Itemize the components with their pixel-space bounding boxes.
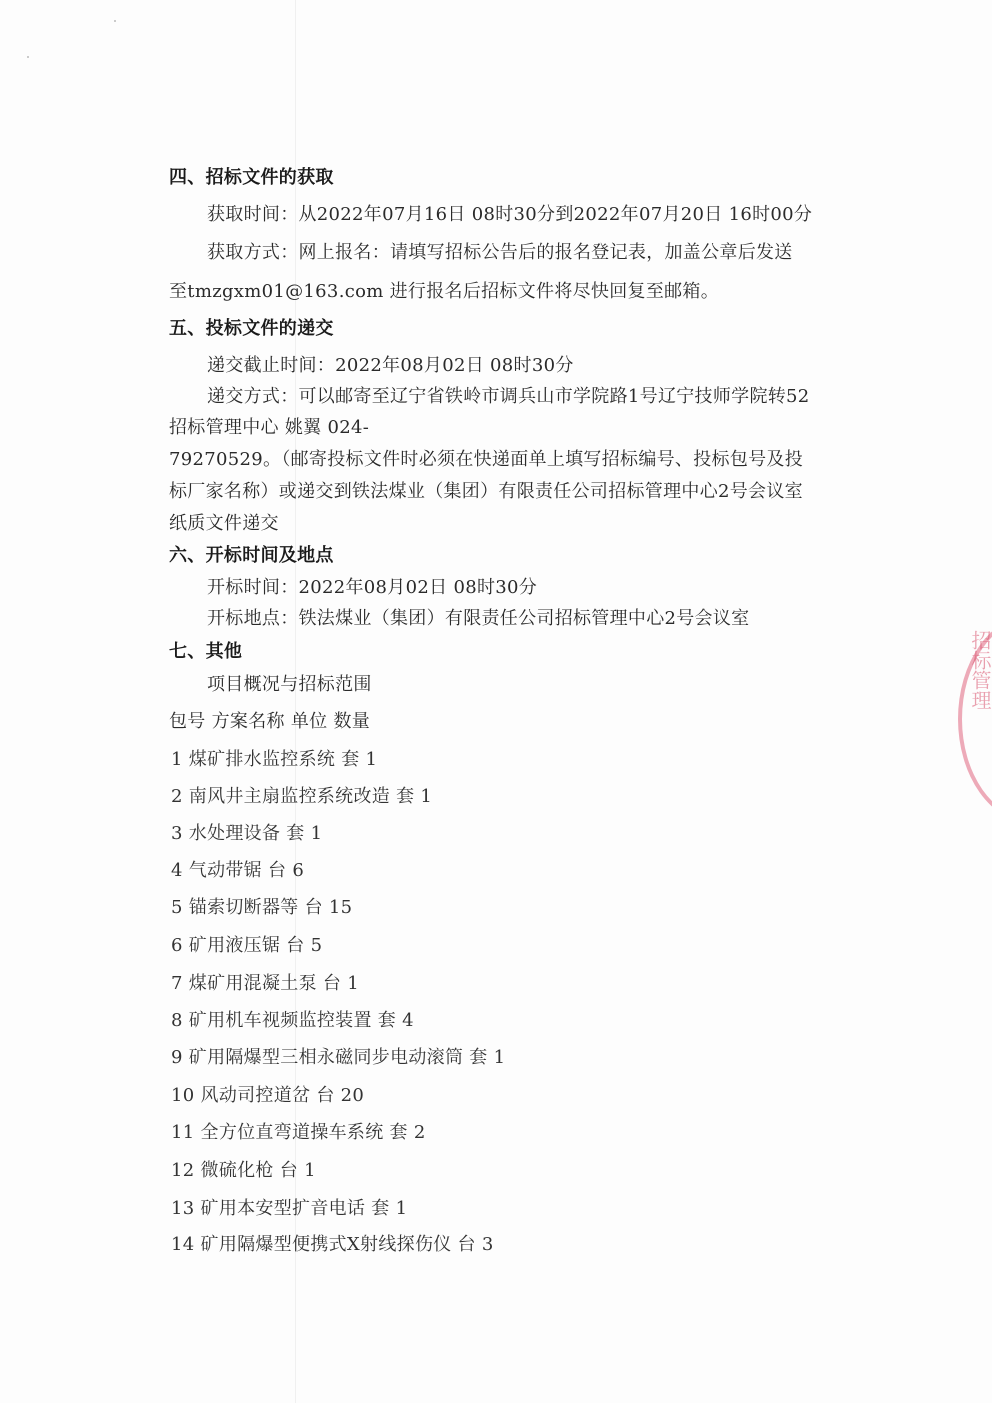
acquisition-method-cont: 至tmzgxm01@163.com 进行报名后招标文件将尽快回复至邮箱。: [169, 280, 719, 304]
submission-method-cont-2: 79270529。（邮寄投标文件时必须在快递面单上填写招标编号、投标包号及投: [169, 448, 803, 472]
project-overview-subheading: 项目概况与招标范围: [207, 673, 372, 697]
official-seal-text: 招标管理: [963, 630, 992, 710]
items-table-header: 包号 方案名称 单位 数量: [169, 710, 370, 734]
list-item: 1 煤矿排水监控系统 套 1: [171, 748, 377, 772]
list-item: 14 矿用隔爆型便携式X射线探伤仪 台 3: [171, 1233, 494, 1257]
list-item: 12 微硫化枪 台 1: [171, 1159, 316, 1183]
list-item: 7 煤矿用混凝土泵 台 1: [171, 972, 359, 996]
opening-place: 开标地点：铁法煤业（集团）有限责任公司招标管理中心2号会议室: [207, 607, 749, 631]
list-item: 10 风动司控道岔 台 20: [171, 1084, 364, 1108]
list-item: 13 矿用本安型扩音电话 套 1: [171, 1197, 407, 1221]
acquisition-time: 获取时间：从2022年07月16日 08时30分到2022年07月20日 16时…: [207, 203, 812, 227]
section-4-heading: 四、招标文件的获取: [169, 166, 334, 190]
opening-time: 开标时间：2022年08月02日 08时30分: [207, 576, 537, 600]
list-item: 11 全方位直弯道操车系统 套 2: [171, 1121, 426, 1145]
list-item: 5 锚索切断器等 台 15: [171, 896, 352, 920]
submission-method: 递交方式：可以邮寄至辽宁省铁岭市调兵山市学院路1号辽宁技师学院转52: [207, 385, 810, 409]
list-item: 3 水处理设备 套 1: [171, 822, 322, 846]
list-item: 6 矿用液压锯 台 5: [171, 934, 322, 958]
submission-deadline: 递交截止时间：2022年08月02日 08时30分: [207, 354, 574, 378]
list-item: 8 矿用机车视频监控装置 套 4: [171, 1009, 414, 1033]
submission-method-cont-4: 纸质文件递交: [169, 512, 279, 536]
list-item: 9 矿用隔爆型三相永磁同步电动滚筒 套 1: [171, 1046, 505, 1070]
submission-method-cont-1: 招标管理中心 姚翼 024-: [169, 416, 369, 440]
section-6-heading: 六、开标时间及地点: [169, 544, 334, 568]
list-item: 2 南风井主扇监控系统改造 套 1: [171, 785, 432, 809]
acquisition-method: 获取方式：网上报名：请填写招标公告后的报名登记表，加盖公章后发送: [207, 241, 793, 265]
submission-method-cont-3: 标厂家名称）或递交到铁法煤业（集团）有限责任公司招标管理中心2号会议室: [169, 480, 803, 504]
section-7-heading: 七、其他: [169, 640, 242, 664]
scan-speck: [27, 56, 29, 58]
scan-speck: [114, 20, 116, 22]
section-5-heading: 五、投标文件的递交: [169, 317, 334, 341]
list-item: 4 气动带锯 台 6: [171, 859, 304, 883]
